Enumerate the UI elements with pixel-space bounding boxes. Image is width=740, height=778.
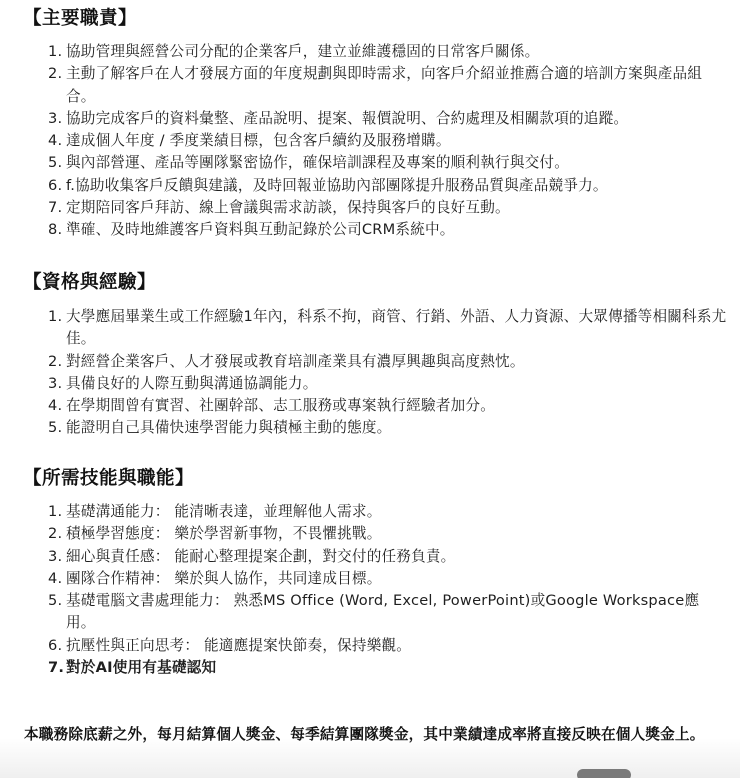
responsibilities-list: 1.協助管理與經營公司分配的企業客戶，建立並維護穩固的日常客戶關係。 2.主動了… (48, 41, 728, 242)
list-item: 2.對經營企業客戶、人才發展或教育培訓產業具有濃厚興趣與高度熱忱。 (48, 351, 728, 373)
list-item: 4.達成個人年度 / 季度業績目標，包含客戶續約及服務增購。 (48, 130, 728, 152)
qualifications-list: 1.大學應屆畢業生或工作經驗1年內，科系不拘，商管、行銷、外語、人力資源、大眾傳… (48, 306, 728, 440)
list-item: 7.對於AI使用有基礎認知 (48, 657, 728, 679)
list-item: 3.協助完成客戶的資料彙整、產品說明、提案、報價說明、合約處理及相關款項的追蹤。 (48, 108, 728, 130)
list-item: 3.具備良好的人際互動與溝通協調能力。 (48, 373, 728, 395)
list-item: 2.積極學習態度： 樂於學習新事物，不畏懼挑戰。 (48, 523, 728, 545)
list-item: 8.準確、及時地維護客戶資料與互動記錄於公司CRM系統中。 (48, 219, 728, 241)
list-item: 4.在學期間曾有實習、社團幹部、志工服務或專案執行經驗者加分。 (48, 395, 728, 417)
list-item: 1.基礎溝通能力： 能清晰表達，並理解他人需求。 (48, 501, 728, 523)
section-title-qualifications: 【資格與經驗】 (23, 271, 156, 295)
list-item: 2.主動了解客戶在人才發展方面的年度規劃與即時需求，向客戶介紹並推薦合適的培訓方… (48, 63, 728, 108)
skills-list: 1.基礎溝通能力： 能清晰表達，並理解他人需求。 2.積極學習態度： 樂於學習新… (48, 501, 728, 679)
list-item: 5.與內部營運、產品等團隊緊密協作，確保培訓課程及專案的順利執行與交付。 (48, 152, 728, 174)
list-item: 6.抗壓性與正向思考： 能適應提案快節奏，保持樂觀。 (48, 635, 728, 657)
list-item: 3.細心與責任感： 能耐心整理提案企劃，對交付的任務負責。 (48, 546, 728, 568)
scroll-handle[interactable] (577, 769, 631, 778)
list-item: 5.能證明自己具備快速學習能力與積極主動的態度。 (48, 417, 728, 439)
section-title-skills: 【所需技能與職能】 (23, 467, 194, 491)
list-item: 5.基礎電腦文書處理能力： 熟悉MS Office (Word, Excel, … (48, 590, 728, 635)
list-item: 1.大學應屆畢業生或工作經驗1年內，科系不拘，商管、行銷、外語、人力資源、大眾傳… (48, 306, 728, 351)
list-item: 6.f.協助收集客戶反饋與建議，及時回報並協助內部團隊提升服務品質與產品競爭力。 (48, 175, 728, 197)
section-title-responsibilities: 【主要職責】 (23, 7, 137, 31)
list-item: 7.定期陪同客戶拜訪、線上會議與需求訪談，保持與客戶的良好互動。 (48, 197, 728, 219)
list-item: 1.協助管理與經營公司分配的企業客戶，建立並維護穩固的日常客戶關係。 (48, 41, 728, 63)
list-item: 4.團隊合作精神： 樂於與人協作，共同達成目標。 (48, 568, 728, 590)
